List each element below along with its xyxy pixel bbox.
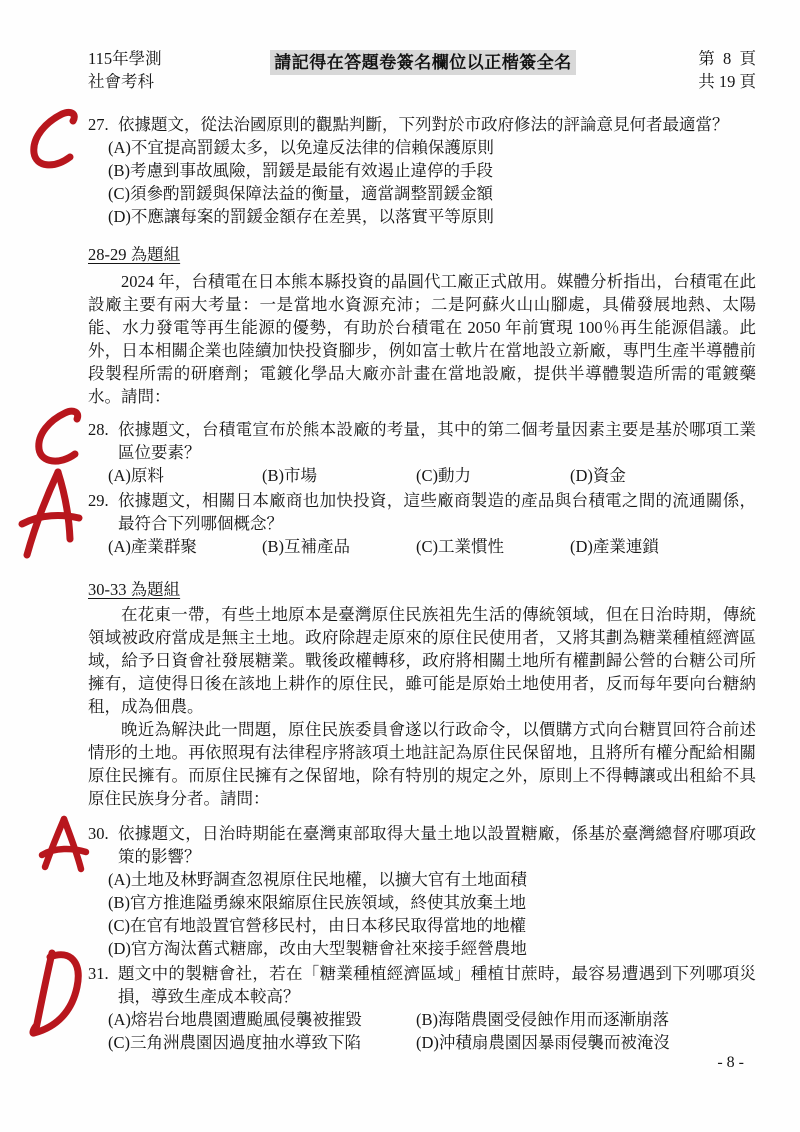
option-c: (C)工業慣性: [416, 535, 570, 558]
question-28-number: 28.: [88, 418, 118, 441]
handwritten-answer-q30-letter-a: A: [37, 815, 89, 871]
exam-content: 27. 依據題文，從法治國原則的觀點判斷，下列對於市政府修法的評論意見何者最適當…: [88, 113, 756, 1054]
question-31-stem: 題文中的製糖會社，若在「糖業種植經濟區域」種植甘蔗時，最容易遭遇到下列哪項災損，…: [118, 964, 756, 1006]
exam-page: 115年學測 社會考科 請記得在答題卷簽名欄位以正楷簽全名 第 8 頁 共 19…: [0, 0, 800, 1132]
option-c: (C)動力: [416, 464, 570, 487]
question-27-number: 27.: [88, 113, 118, 136]
option-d: (D)沖積扇農園因暴雨侵襲而被淹沒: [416, 1031, 756, 1054]
question-31: 31. 題文中的製糖會社，若在「糖業種植經濟區域」種植甘蔗時，最容易遭遇到下列哪…: [88, 962, 756, 1054]
option-b: (B)市場: [262, 464, 416, 487]
footer-page-number: - 8 -: [717, 1054, 744, 1072]
option-d: (D)官方淘汰舊式糖廍，改由大型製糖會社來接手經營農地: [108, 937, 756, 960]
option-a: (A)原料: [108, 464, 262, 487]
option-b: (B)互補產品: [262, 535, 416, 558]
question-29-number: 29.: [88, 489, 118, 512]
question-30-stem: 依據題文，日治時期能在臺灣東部取得大量土地以設置糖廠，係基於臺灣總督府哪項政策的…: [118, 824, 756, 866]
letter-a-strokes: [17, 467, 83, 559]
handwritten-answer-q27-letter-c: C: [27, 107, 83, 173]
option-b: (B)考慮到事故風險，罰鍰是最能有效遏止違停的手段: [108, 159, 756, 182]
option-c: (C)須參酌罰鍰與保障法益的衡量，適當調整罰鍰金額: [108, 182, 756, 205]
group-30-33-title: 30-33 為題組: [88, 578, 756, 601]
group-30-33-passage-1: 在花東一帶，有些土地原本是臺灣原住民族祖先生活的傳統領域，但在日治時期，傳統領域…: [88, 603, 756, 718]
question-29: 29. 依據題文，相關日本廠商也加快投資，這些廠商製造的產品與台積電之間的流通關…: [88, 489, 756, 558]
letter-c-stroke: [33, 407, 89, 469]
question-30-options: (A)土地及林野調查忽視原住民地權，以擴大官有土地面積 (B)官方推進隘勇線來限…: [108, 868, 756, 960]
group-28-29-passage: 2024 年，台積電在日本熊本縣投資的晶圓代工廠正式啟用。媒體分析指出，台積電在…: [88, 270, 756, 408]
option-a: (A)土地及林野調查忽視原住民地權，以擴大官有土地面積: [108, 868, 756, 891]
question-29-options: (A)產業群聚 (B)互補產品 (C)工業慣性 (D)產業連鎖: [108, 535, 756, 558]
option-a: (A)熔岩台地農園遭颱風侵襲被摧毀: [108, 1008, 416, 1031]
signing-notice-wrap: 請記得在答題卷簽名欄位以正楷簽全名: [88, 50, 758, 75]
question-31-number: 31.: [88, 962, 118, 985]
option-c: (C)三角洲農園因過度抽水導致下陷: [108, 1031, 416, 1054]
question-28-stem: 依據題文，台積電宣布於熊本設廠的考量，其中的第二個考量因素主要是基於哪項工業區位…: [118, 420, 756, 462]
signing-notice: 請記得在答題卷簽名欄位以正楷簽全名: [270, 50, 576, 75]
letter-a-strokes: [37, 815, 89, 871]
question-30-number: 30.: [88, 822, 118, 845]
header-right: 第 8 頁 共 19 頁: [698, 47, 756, 93]
question-31-options: (A)熔岩台地農園遭颱風侵襲被摧毀 (B)海階農園受侵蝕作用而逐漸崩落 (C)三…: [108, 1008, 756, 1054]
question-30: 30. 依據題文，日治時期能在臺灣東部取得大量土地以設置糖廠，係基於臺灣總督府哪…: [88, 822, 756, 960]
page-number-label: 第 8 頁: [698, 47, 756, 70]
letter-c-stroke: [27, 107, 83, 173]
option-d: (D)不應讓每案的罰鍰金額存在差異，以落實平等原則: [108, 205, 756, 228]
group-30-33-passage-2: 晚近為解決此一問題，原住民族委員會遂以行政命令，以價購方式向台糖買回符合前述情形…: [88, 718, 756, 810]
question-28-options: (A)原料 (B)市場 (C)動力 (D)資金: [108, 464, 756, 487]
group-28-29-title: 28-29 為題組: [88, 243, 756, 266]
letter-d-strokes: [27, 947, 83, 1037]
question-27-stem: 依據題文，從法治國原則的觀點判斷，下列對於市政府修法的評論意見何者最適當？: [118, 115, 729, 134]
question-27-options: (A)不宜提高罰鍰太多，以免違反法律的信賴保護原則 (B)考慮到事故風險，罰鍰是…: [108, 136, 756, 228]
handwritten-answer-q28-letter-c: C: [33, 407, 89, 469]
option-d: (D)資金: [570, 464, 756, 487]
page-total-label: 共 19 頁: [698, 70, 756, 93]
handwritten-answer-q29-letter-a: A: [17, 467, 83, 559]
option-c: (C)在官有地設置官營移民村，由日本移民取得當地的地權: [108, 914, 756, 937]
option-d: (D)產業連鎖: [570, 535, 756, 558]
option-a: (A)產業群聚: [108, 535, 262, 558]
option-b: (B)海階農園受侵蝕作用而逐漸崩落: [416, 1008, 756, 1031]
handwritten-answer-q31-letter-d: D: [27, 947, 83, 1037]
question-27: 27. 依據題文，從法治國原則的觀點判斷，下列對於市政府修法的評論意見何者最適當…: [88, 113, 756, 228]
question-29-stem: 依據題文，相關日本廠商也加快投資，這些廠商製造的產品與台積電之間的流通關係，最符…: [118, 491, 756, 533]
question-28: 28. 依據題文，台積電宣布於熊本設廠的考量，其中的第二個考量因素主要是基於哪項…: [88, 418, 756, 487]
option-b: (B)官方推進隘勇線來限縮原住民族領域，終使其放棄土地: [108, 891, 756, 914]
option-a: (A)不宜提高罰鍰太多，以免違反法律的信賴保護原則: [108, 136, 756, 159]
